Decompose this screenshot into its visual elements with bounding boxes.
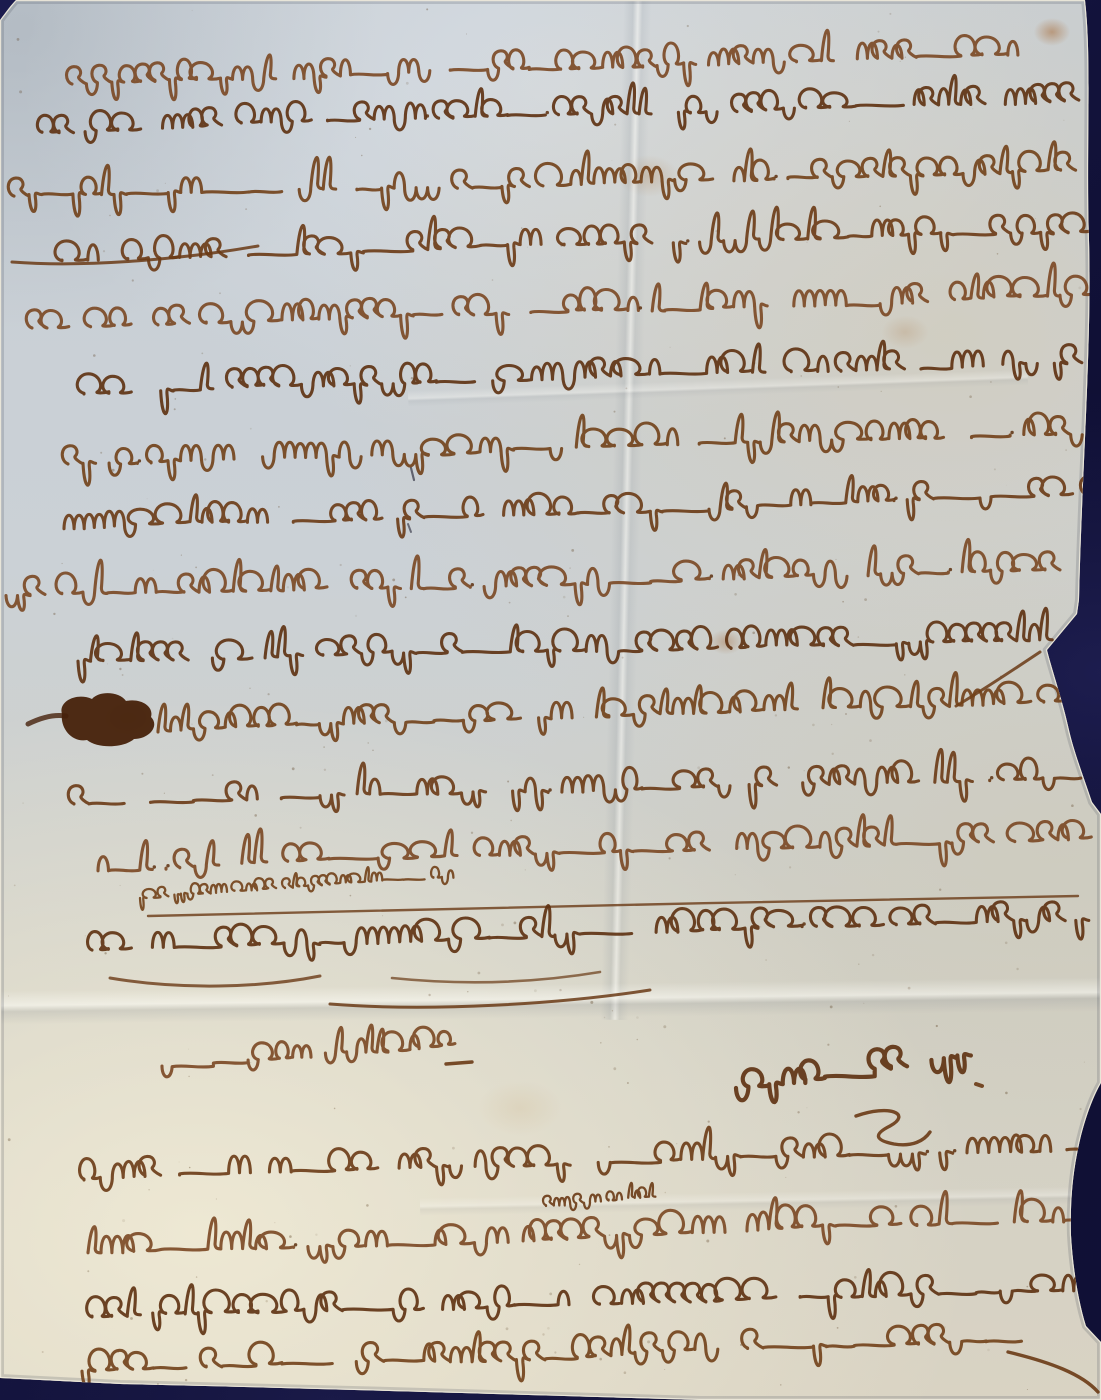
paper-sheet [0,0,1101,1400]
paper-crease-vertical [600,0,651,1020]
paper-crease-horizontal [0,977,1101,1024]
paper-crease-diagonal [408,369,1028,407]
paper-crease-lower [420,1186,1100,1216]
manuscript-photo: Photograph of a single-page handwritten … [0,0,1101,1400]
